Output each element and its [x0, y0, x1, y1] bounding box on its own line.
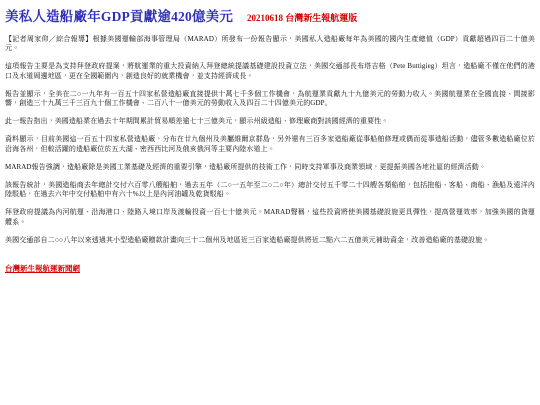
article-paragraph: 報告並顯示，全美在二○一九年有一百五十四家私營造船廠直接提供十萬七千多個工作機會…	[5, 90, 535, 109]
dateline: 20210618 台灣新生報航運版	[247, 13, 357, 23]
article-paragraph: 美國交通部自二○○八年以來透過其小型造船廠贈款計畫向三十二個州及地區近三百家造船…	[5, 236, 535, 246]
article-paragraph: 此一報告指出，美國造船業在過去十年期間累計貿易順差逾七十三億美元，顯示州級造船、…	[5, 117, 535, 127]
article-paragraph: 資料顯示，目前美國這一百五十四家私營造船廠，分布在廿九個州及美屬維爾京群島，另外…	[5, 135, 535, 154]
page-title: 美私人造船廠年GDP貢獻逾420億美元	[5, 9, 233, 24]
article-page: 美私人造船廠年GDP貢獻逾420億美元 20210618 台灣新生報航運版 【記…	[0, 0, 540, 405]
article-paragraph: 【記者周家仰／綜合報導】根據美國運輸部海事管理局（MARAD）所發布一份報告顯示…	[5, 35, 535, 54]
footer: 台灣新生報航運新聞網	[5, 258, 535, 276]
article-paragraph: MARAD報告強調，造船廠除是美國工業基礎及經濟的重要引擎，造船廠所提供的技術工…	[5, 163, 535, 173]
article-paragraph: 拜登政府提議為內河航運、沿海港口、陸路入境口岸及渡輪投資一百七十億美元。MARA…	[5, 208, 535, 227]
footer-news-link[interactable]: 台灣新生報航運新聞網	[5, 264, 80, 273]
article-paragraph: 該報告統計，美國造船商去年總計交付六百零八艘船舶，過去五年（二○一五年至二○二○…	[5, 181, 535, 200]
article-paragraph: 這項報告主要是為支持拜登政府提案，將航運業的重大投資納入拜登總統提議基礎建設投資…	[5, 62, 535, 81]
article-body: 【記者周家仰／綜合報導】根據美國運輸部海事管理局（MARAD）所發布一份報告顯示…	[5, 35, 535, 246]
headline: 美私人造船廠年GDP貢獻逾420億美元 20210618 台灣新生報航運版	[5, 2, 535, 26]
